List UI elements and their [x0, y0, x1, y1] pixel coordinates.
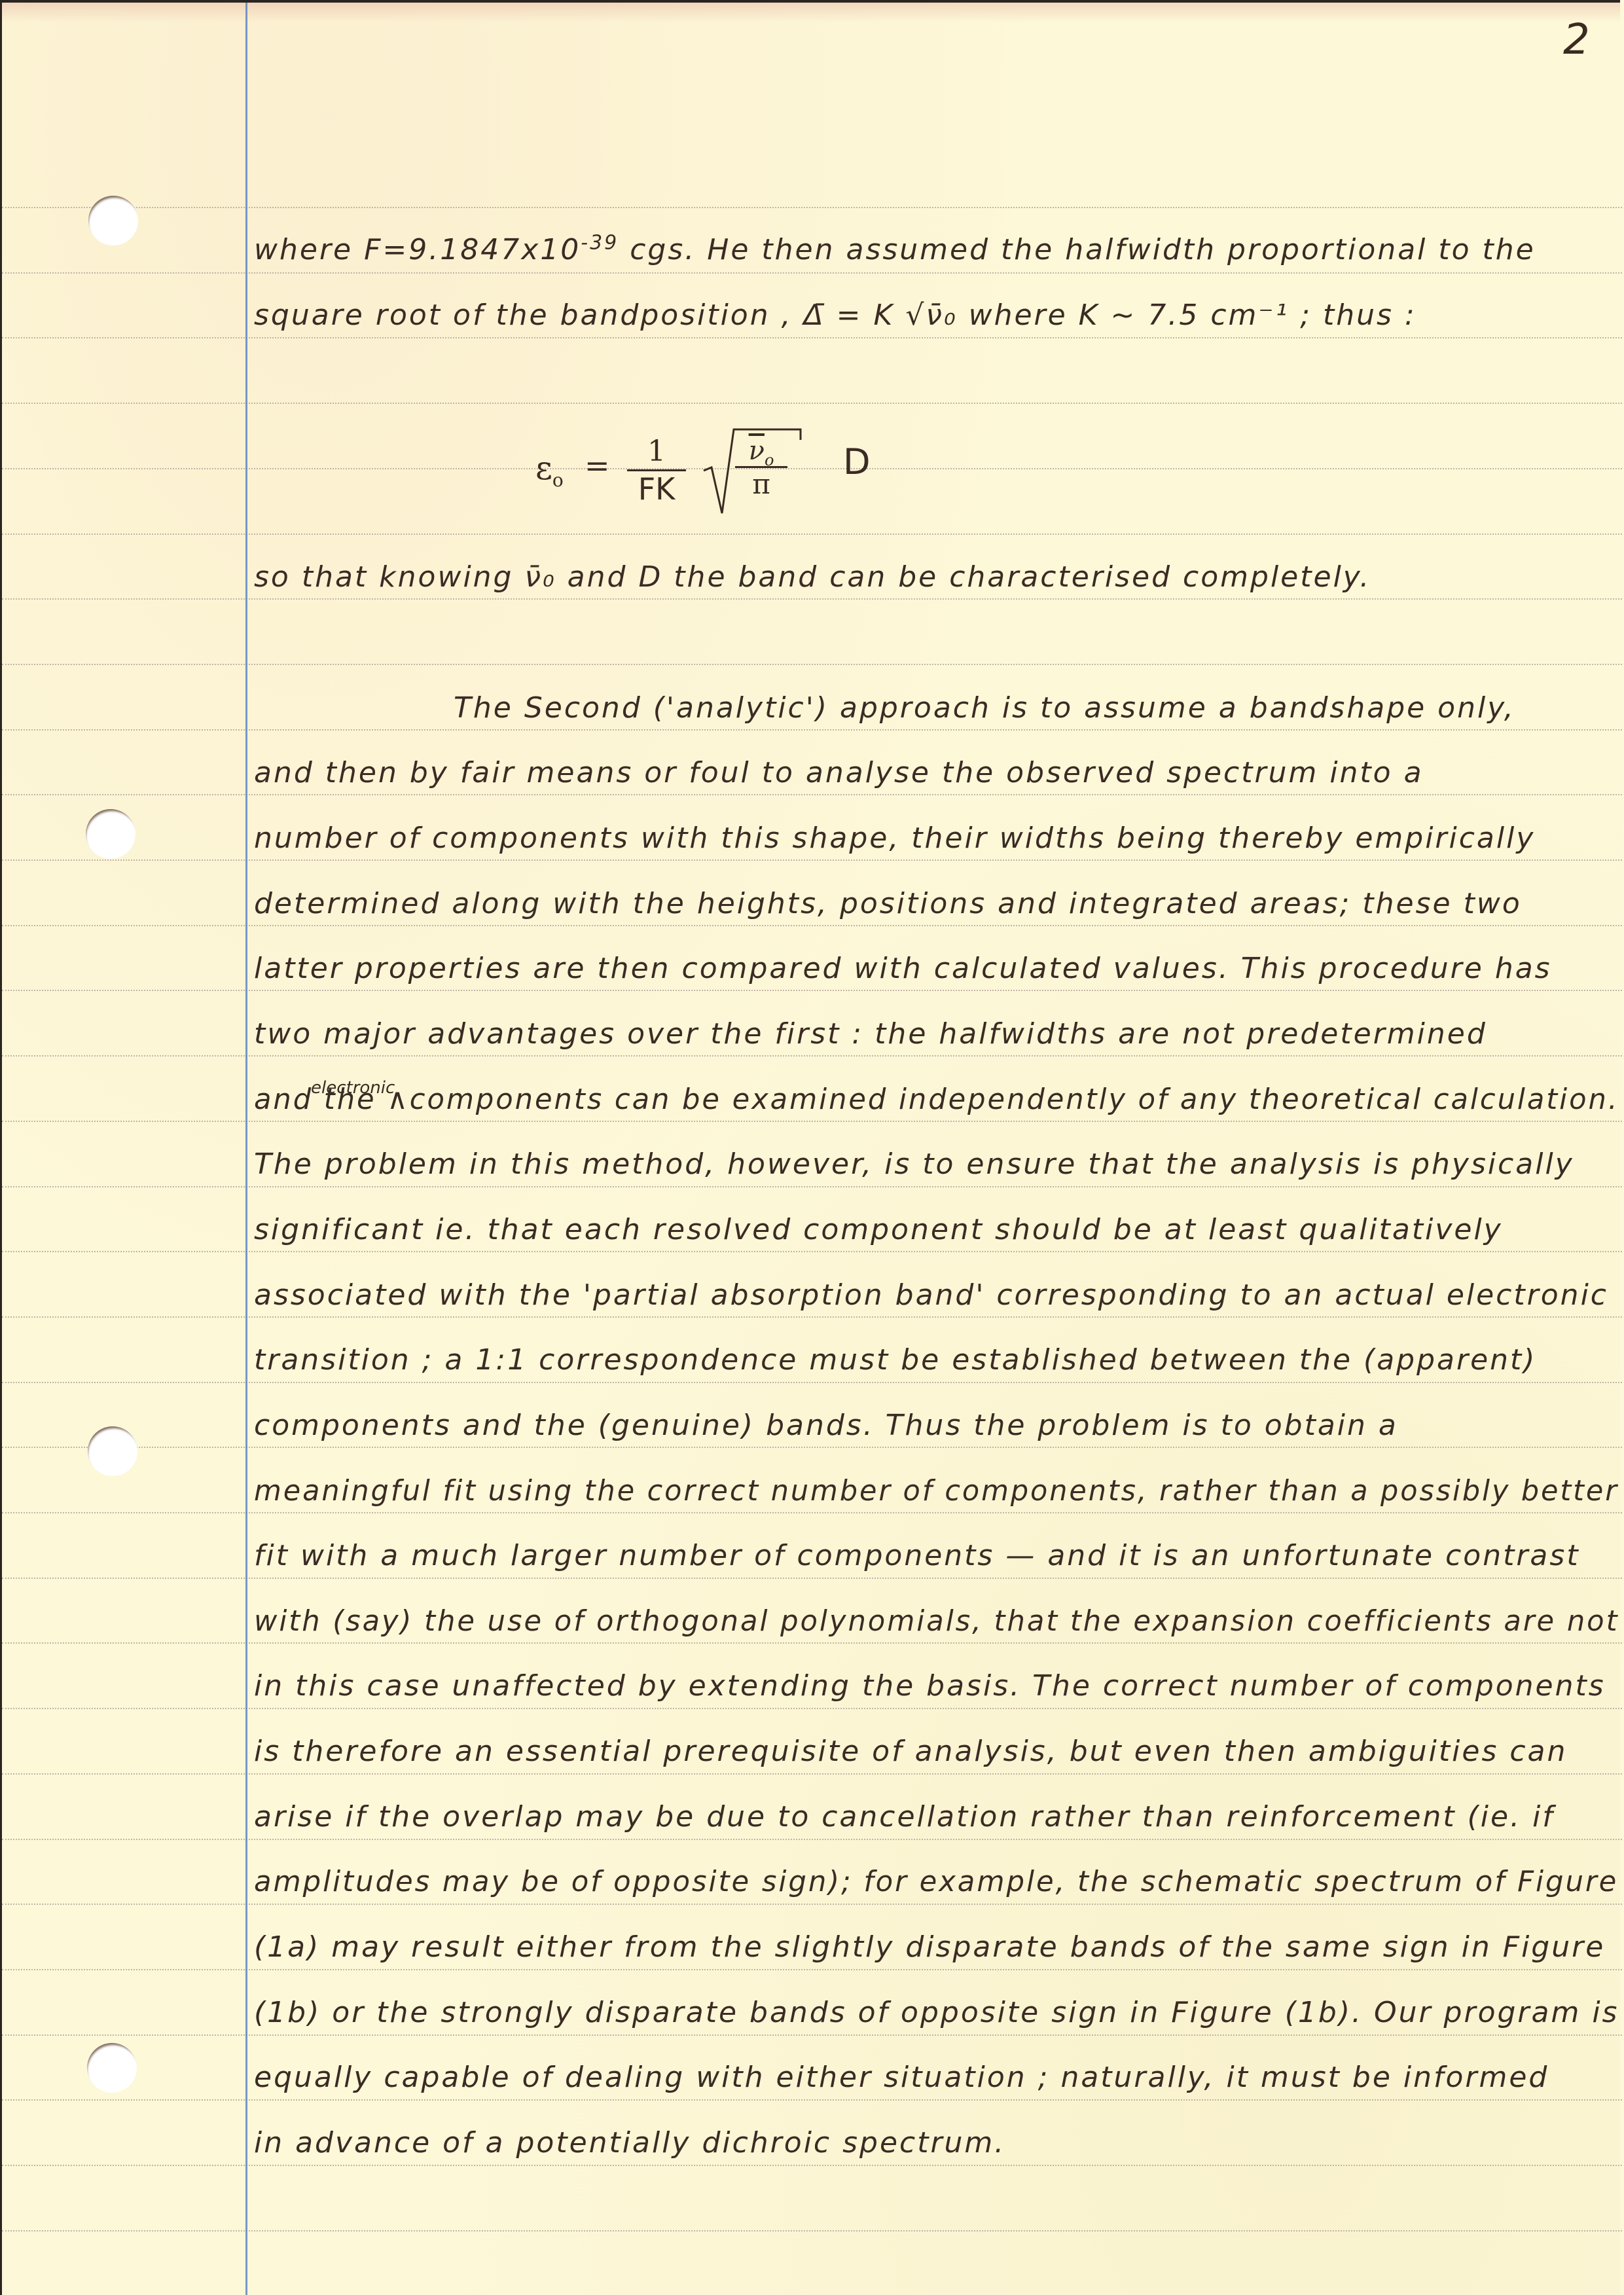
root-numerator: νo	[735, 436, 787, 468]
text-segment: where F=9.1847x10	[254, 233, 581, 266]
text-line: arise if the overlap may be due to cance…	[254, 1803, 1555, 1832]
text-line: and then by fair means or foul to analys…	[254, 759, 1424, 787]
equation-lhs: εo	[535, 449, 564, 487]
text-line: determined along with the heights, posit…	[254, 890, 1522, 918]
text-line: number of components with this shape, th…	[254, 824, 1535, 853]
text-line: and the ∧components can be examined inde…	[254, 1085, 1619, 1114]
text-line: square root of the bandposition , Δ̄ = K…	[254, 301, 1416, 330]
root-fraction: νo π	[735, 436, 787, 500]
text-line: two major advantages over the first : th…	[254, 1020, 1487, 1049]
text-segment: cgs. He then assumed the halfwidth propo…	[619, 233, 1536, 266]
text-line: meaningful fit using the correct number …	[254, 1477, 1619, 1506]
text-line: equally capable of dealing with either s…	[254, 2063, 1549, 2092]
text-line: associated with the 'partial absorption …	[254, 1281, 1608, 1310]
text-line: (1a) may result either from the slightly…	[254, 1933, 1605, 1962]
text-line: (1b) or the strongly disparate bands of …	[254, 1998, 1619, 2027]
text-line: The problem in this method, however, is …	[254, 1150, 1574, 1179]
text-line: transition ; a 1:1 correspondence must b…	[254, 1346, 1536, 1375]
text-line: where F=9.1847x10-39 cgs. He then assume…	[254, 236, 1536, 264]
text-line: in advance of a potentially dichroic spe…	[254, 2129, 1005, 2158]
text-line: amplitudes may be of opposite sign); for…	[254, 1868, 1618, 1896]
margin-line	[245, 3, 247, 2295]
punch-hole	[88, 196, 138, 245]
text-line: latter properties are then compared with…	[254, 954, 1552, 983]
text-line: is therefore an essential prerequisite o…	[254, 1737, 1567, 1766]
text-line: components and the (genuine) bands. Thus…	[254, 1411, 1398, 1440]
equation-D: D	[843, 441, 871, 482]
punch-hole	[88, 1426, 137, 1476]
paper-stain	[2, 3, 1620, 22]
root-denominator: π	[735, 468, 787, 500]
equals-sign: =	[585, 448, 610, 483]
text-line: significant ie. that each resolved compo…	[254, 1216, 1503, 1244]
square-root: νo π	[702, 422, 840, 520]
punch-hole	[87, 2043, 137, 2093]
fraction-numerator: 1	[627, 435, 686, 471]
paragraph-start-line: The Second ('analytic') approach is to a…	[454, 694, 1515, 723]
text-line: fit with a much larger number of compone…	[254, 1542, 1580, 1570]
page-number: 2	[1563, 16, 1590, 64]
text-line: so that knowing ν̄₀ and D the band can b…	[254, 563, 1371, 592]
notebook-page: 2 where F=9.1847x10-39 cgs. He then assu…	[0, 0, 1620, 2295]
punch-hole	[86, 809, 135, 859]
fraction-denominator: FK	[627, 471, 686, 507]
exponent: -39	[581, 231, 619, 254]
fraction: 1 FK	[627, 435, 686, 507]
text-line: with (say) the use of orthogonal polynom…	[254, 1607, 1619, 1636]
text-line: in this case unaffected by extending the…	[254, 1672, 1606, 1701]
